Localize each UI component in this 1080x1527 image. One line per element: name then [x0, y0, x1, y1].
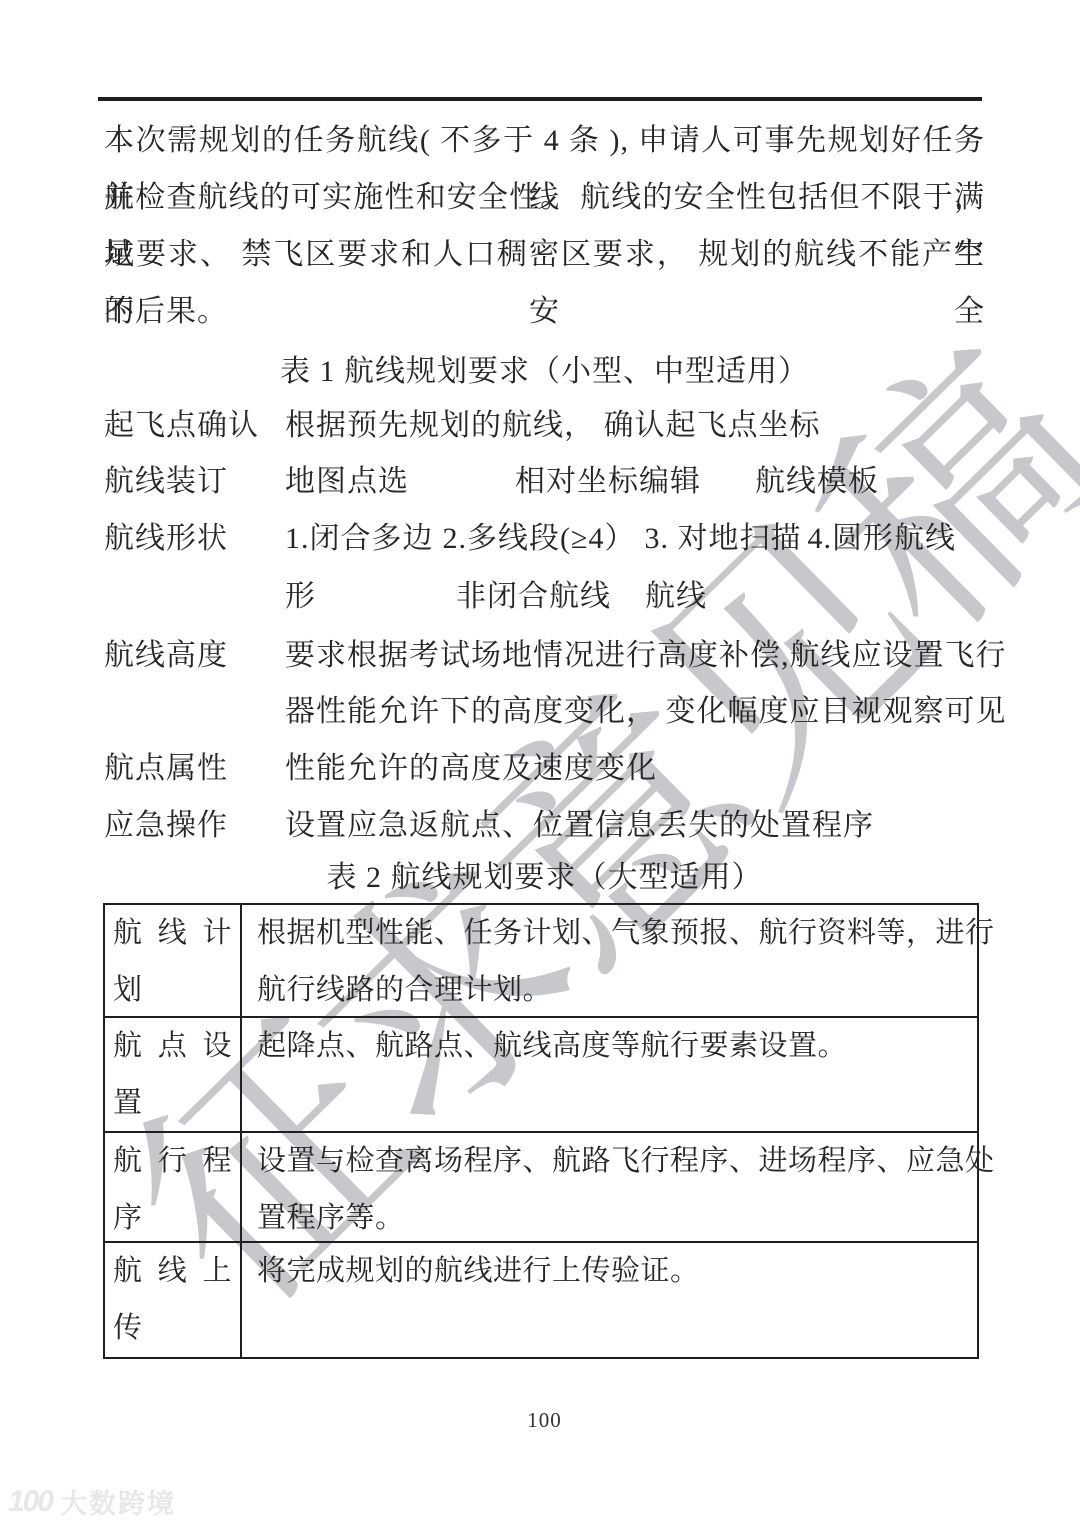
row-value: 器性能允许下的高度变化， 变化幅度应目视观察可见	[285, 684, 1007, 740]
site-logo: 100 大数跨境	[8, 1482, 176, 1521]
row-value: 根据机型性能、任务计划、气象预报、航行资料等，进行 航行线路的合理计划。	[242, 905, 1011, 1016]
value-part: 3. 对地扫描	[644, 522, 801, 555]
table-row: 航 线 上 传 将完成规划的航线进行上传验证。	[105, 1243, 977, 1357]
row-value: 1.闭合多边2.多线段(≥4）3. 对地扫描4.圆形航线	[285, 510, 985, 567]
value-part: 航线模板	[755, 465, 879, 498]
row-label: 航线高度	[104, 627, 285, 684]
value-part: 4.圆形航线	[807, 522, 956, 555]
logo-brand-text: 大数跨境	[60, 1482, 176, 1521]
table2-title: 表 2 航线规划要求（大型适用）	[104, 858, 985, 898]
header-rule	[98, 97, 982, 101]
row-value: 设置与检查离场程序、航路飞行程序、进场程序、应急处 置程序等。	[242, 1133, 1011, 1241]
row-value: 设置应急返航点、位置信息丢失的处置程序	[285, 797, 985, 854]
paragraph-line: 本次需规划的任务航线( 不多于 4 条 ), 申请人可事先规划好任务航线，	[104, 112, 985, 169]
row-label: 航线装订	[104, 454, 285, 510]
row-label: 航 线 上 传	[105, 1243, 242, 1357]
row-value: 地图点选相对坐标编辑航线模板	[285, 454, 985, 510]
row-value: 起降点、航路点、航线高度等航行要素设置。	[242, 1018, 977, 1131]
value-part: 航线	[645, 580, 707, 613]
row-label: 航 点 设 置	[105, 1018, 242, 1131]
row-label: 航线形状	[104, 510, 285, 567]
value-part: 1.闭合多边	[285, 522, 434, 555]
row-label	[104, 684, 285, 740]
table-row: 应急操作 设置应急返航点、位置信息丢失的处置程序	[104, 797, 985, 854]
row-label: 航 线 计 划	[105, 905, 242, 1016]
table-row-continuation: 器性能允许下的高度变化， 变化幅度应目视观察可见	[104, 684, 985, 740]
row-label: 航 行 程 序	[105, 1133, 242, 1241]
table-row: 航线形状 1.闭合多边2.多线段(≥4）3. 对地扫描4.圆形航线	[104, 510, 985, 567]
value-part: 地图点选	[285, 465, 409, 498]
value-part: 非闭合航线	[456, 580, 611, 613]
value-part: 形	[285, 580, 316, 613]
body-paragraph: 本次需规划的任务航线( 不多于 4 条 ), 申请人可事先规划好任务航线， 并检…	[104, 112, 985, 340]
table-row: 航点属性 性能允许的高度及速度变化	[104, 740, 985, 797]
row-value: 形非闭合航线航线	[285, 567, 985, 627]
document-page: 征求意见稿 本次需规划的任务航线( 不多于 4 条 ), 申请人可事先规划好任务…	[0, 0, 1080, 1527]
table-row: 航 线 计 划 根据机型性能、任务计划、气象预报、航行资料等，进行 航行线路的合…	[105, 905, 977, 1018]
value-part: 2.多线段(≥4）	[443, 522, 636, 555]
row-value: 根据预先规划的航线， 确认起飞点坐标	[285, 397, 985, 454]
row-label	[104, 567, 285, 627]
table-row: 起飞点确认 根据预先规划的航线， 确认起飞点坐标	[104, 397, 985, 454]
table-row: 航线装订 地图点选相对坐标编辑航线模板	[104, 454, 985, 510]
paragraph-line: 域要求、 禁飞区要求和人口稠密区要求， 规划的航线不能产生不安全	[104, 226, 985, 283]
value-part: 相对坐标编辑	[515, 465, 701, 498]
table2: 航 线 计 划 根据机型性能、任务计划、气象预报、航行资料等，进行 航行线路的合…	[103, 903, 979, 1359]
paragraph-line: 并检查航线的可实施性和安全性。 航线的安全性包括但不限于满足空	[104, 169, 985, 226]
row-value: 性能允许的高度及速度变化	[285, 740, 985, 797]
row-label: 航点属性	[104, 740, 285, 797]
row-label: 应急操作	[104, 797, 285, 854]
table-row: 航 点 设 置 起降点、航路点、航线高度等航行要素设置。	[105, 1018, 977, 1133]
table1-title: 表 1 航线规划要求（小型、中型适用）	[104, 352, 985, 392]
row-label: 起飞点确认	[104, 397, 285, 454]
table-row-continuation: 形非闭合航线航线	[104, 567, 985, 627]
table1: 起飞点确认 根据预先规划的航线， 确认起飞点坐标 航线装订 地图点选相对坐标编辑…	[104, 397, 985, 854]
logo-100-icon: 100	[8, 1485, 52, 1519]
row-value: 将完成规划的航线进行上传验证。	[242, 1243, 977, 1357]
page-number: 100	[104, 1408, 985, 1433]
table-row: 航线高度 要求根据考试场地情况进行高度补偿,航线应设置飞行	[104, 627, 985, 684]
table-row: 航 行 程 序 设置与检查离场程序、航路飞行程序、进场程序、应急处 置程序等。	[105, 1133, 977, 1243]
row-value: 要求根据考试场地情况进行高度补偿,航线应设置飞行	[285, 627, 1007, 684]
